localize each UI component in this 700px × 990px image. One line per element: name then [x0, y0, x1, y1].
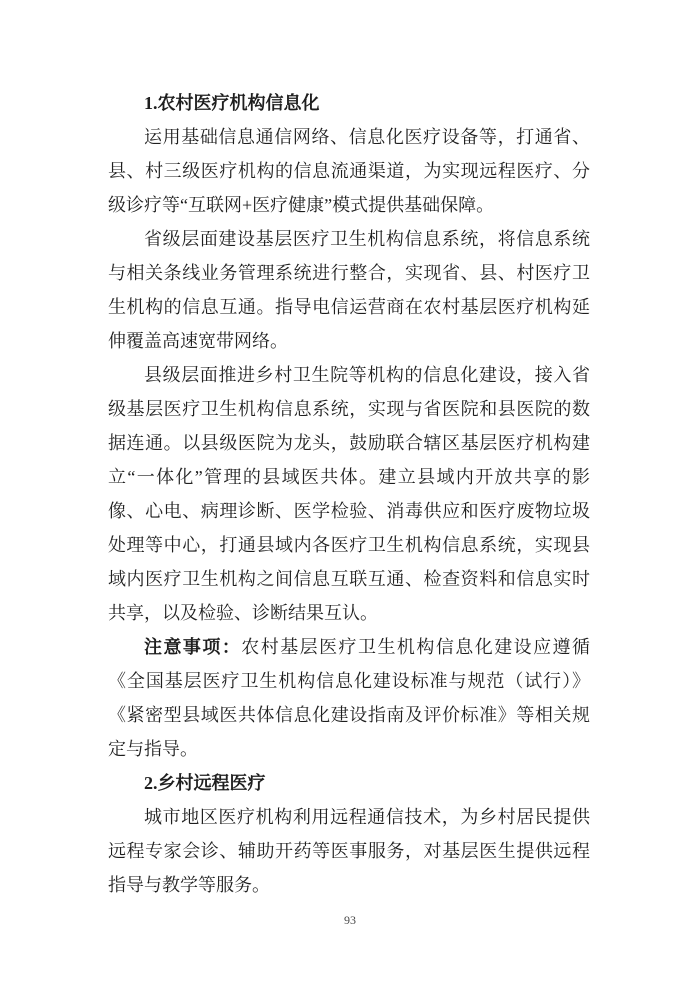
section-1-paragraph-3: 县级层面推进乡村卫生院等机构的信息化建设，接入省级基层医疗卫生机构信息系统，实现…	[108, 358, 590, 630]
page-number: 93	[0, 912, 700, 928]
section-2-heading: 2.乡村远程医疗	[108, 766, 590, 800]
document-page: 1.农村医疗机构信息化 运用基础信息通信网络、信息化医疗设备等，打通省、县、村三…	[0, 0, 700, 990]
section-1-paragraph-1: 运用基础信息通信网络、信息化医疗设备等，打通省、县、村三级医疗机构的信息流通渠道…	[108, 120, 590, 222]
section-1-note-paragraph: 注意事项：农村基层医疗卫生机构信息化建设应遵循《全国基层医疗卫生机构信息化建设标…	[108, 630, 590, 766]
section-1-paragraph-2: 省级层面建设基层医疗卫生机构信息系统，将信息系统与相关条线业务管理系统进行整合，…	[108, 222, 590, 358]
note-label: 注意事项：	[144, 637, 241, 657]
section-2-paragraph-1: 城市地区医疗机构利用远程通信技术，为乡村居民提供远程专家会诊、辅助开药等医事服务…	[108, 800, 590, 902]
document-content: 1.农村医疗机构信息化 运用基础信息通信网络、信息化医疗设备等，打通省、县、村三…	[108, 86, 590, 902]
section-1-heading: 1.农村医疗机构信息化	[108, 86, 590, 120]
